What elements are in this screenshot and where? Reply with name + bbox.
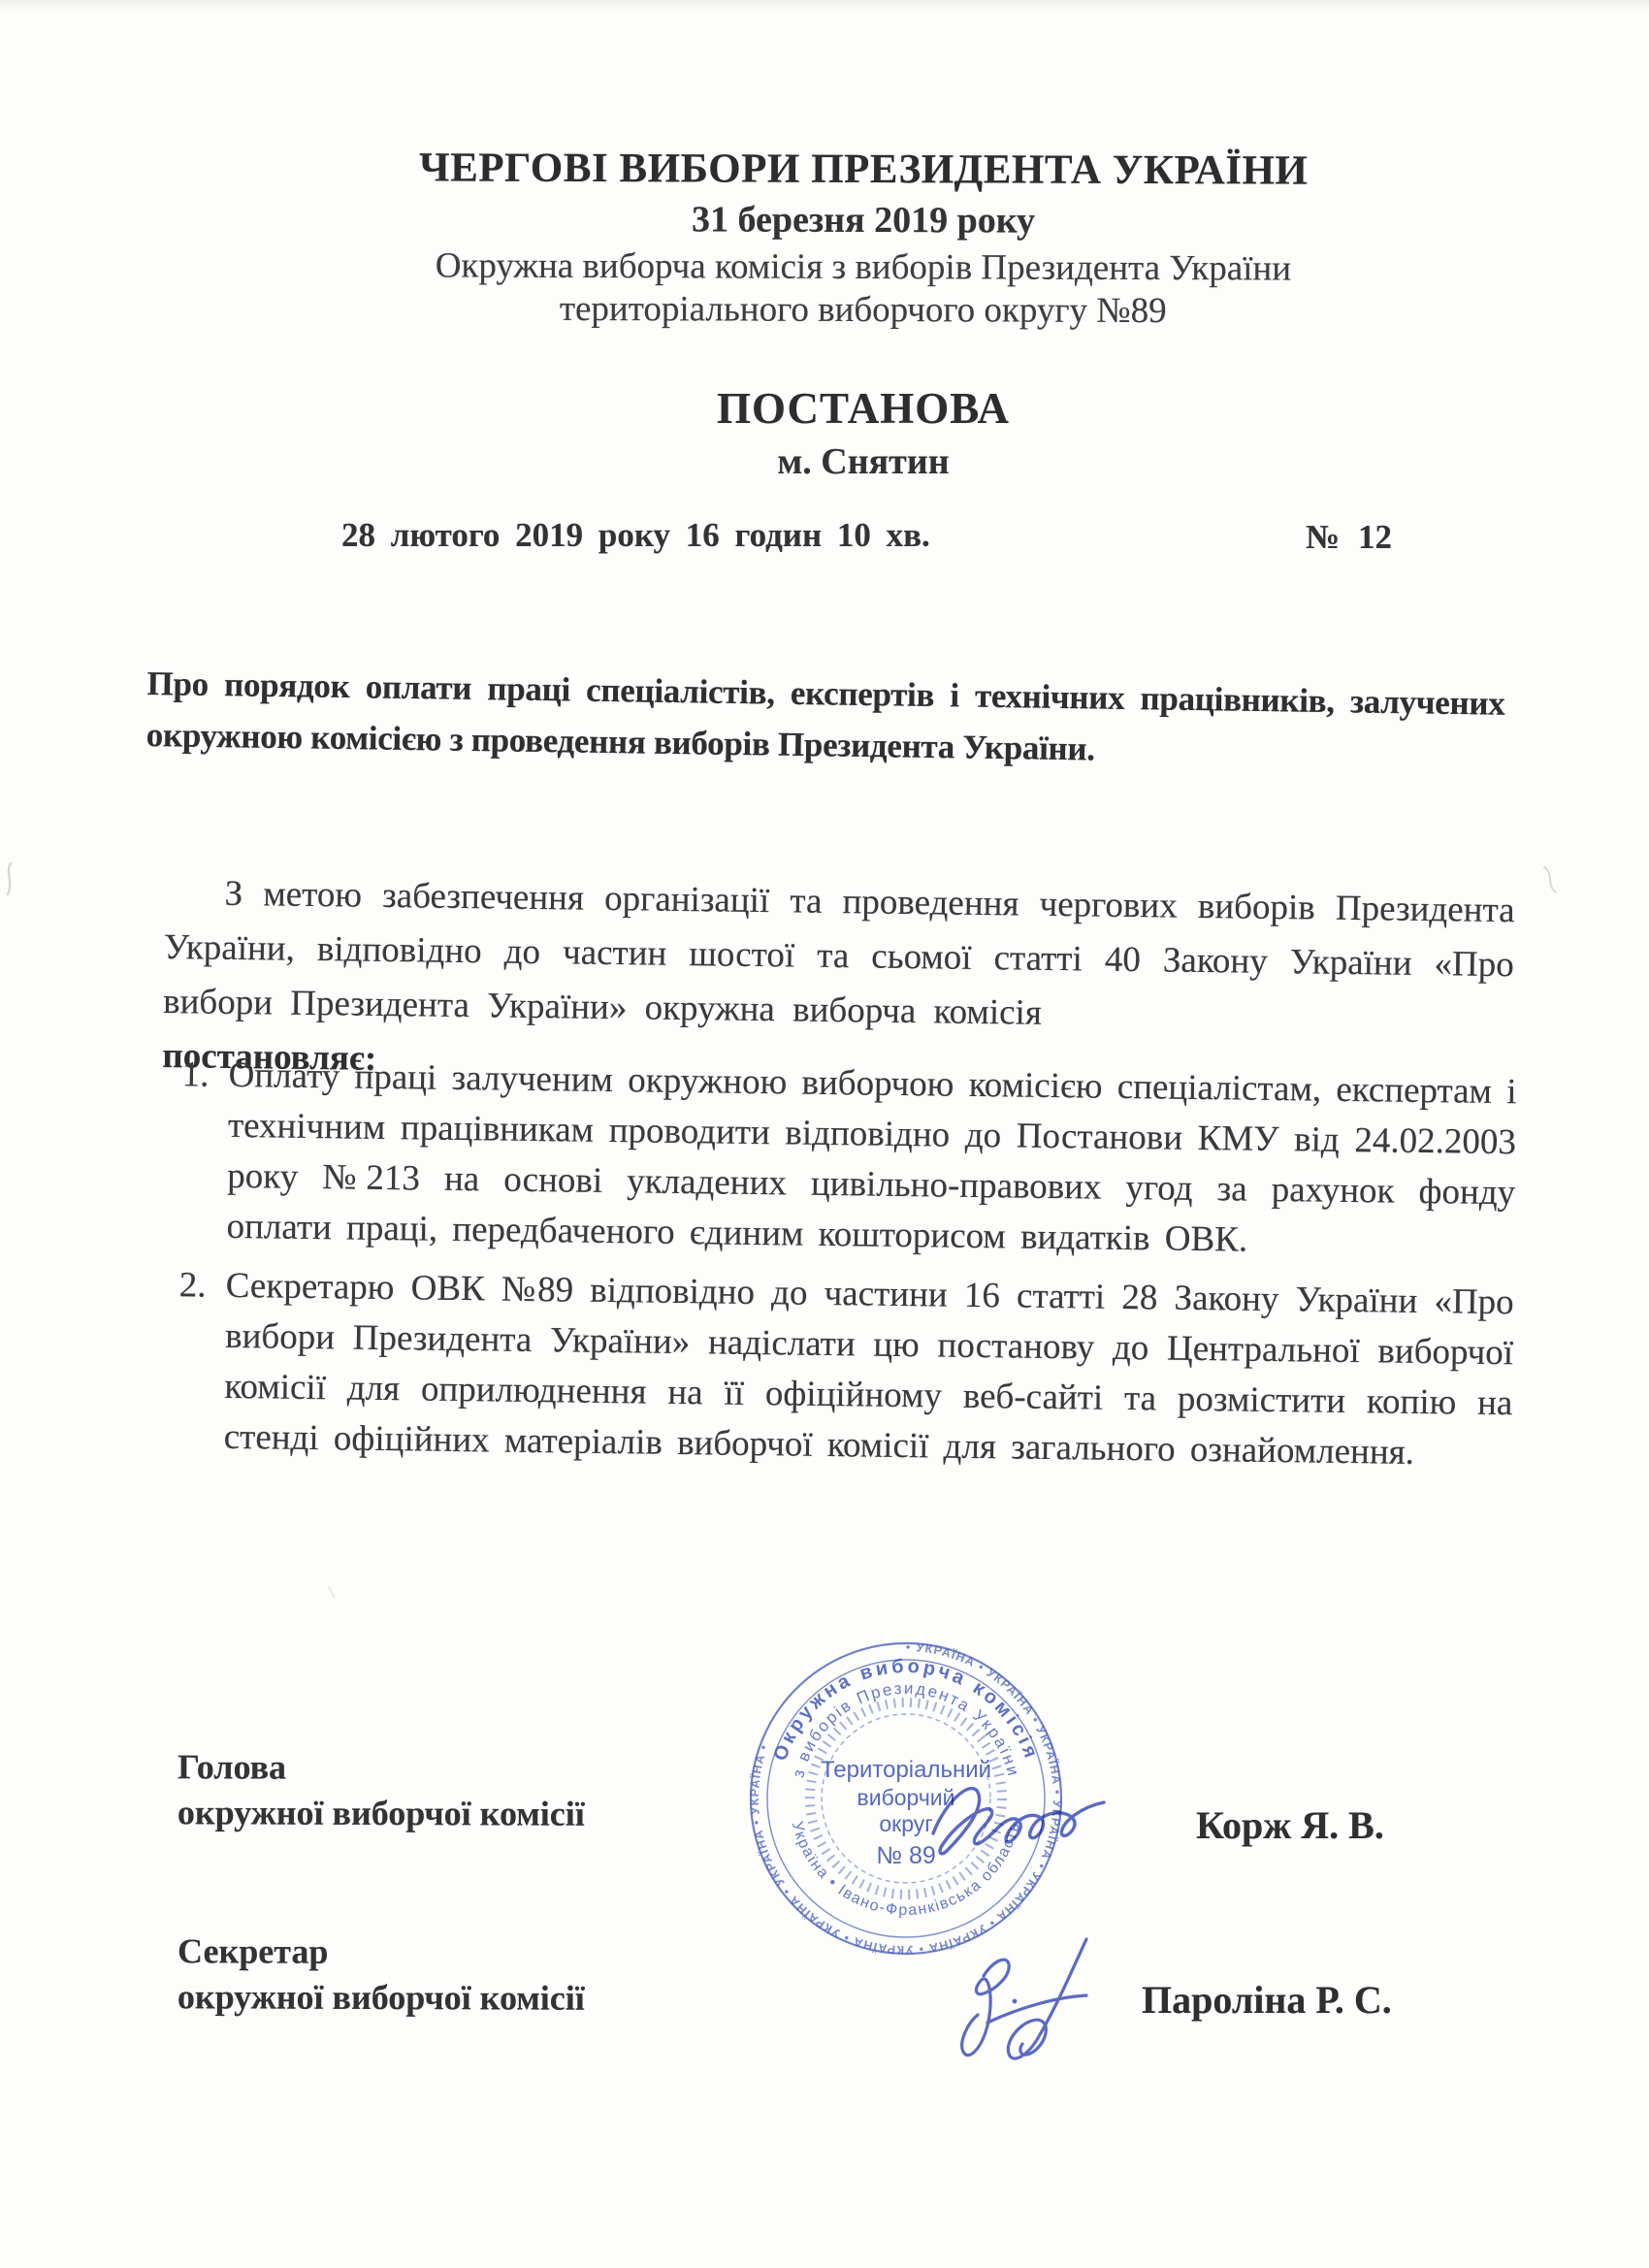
subject-heading: Про порядок оплати праці спеціалістів, е… [145, 658, 1504, 781]
document-header: ЧЕРГОВІ ВИБОРИ ПРЕЗИДЕНТА УКРАЇНИ 31 бер… [194, 144, 1534, 335]
resolution-item-2: 2. Секретарю ОВК №89 відповідно до части… [157, 1260, 1514, 1479]
role-secretary-line1: Секретар [178, 1928, 585, 1975]
scan-smudge-left-edge [2, 859, 27, 900]
item-2-number: 2. [178, 1260, 206, 1311]
doc-datetime: 28 лютого 2019 року 16 годин 10 хв. [341, 516, 930, 554]
commission-district: територіального виборчого округу №89 [194, 287, 1533, 335]
item-1-number: 1. [181, 1050, 209, 1100]
signatory-name-head: Корж Я. В. [1196, 1802, 1384, 1848]
resolution-list: 1. Оплату праці залученим окружною вибор… [157, 1050, 1517, 1488]
role-head-line1: Голова [178, 1744, 585, 1791]
role-head-line2: окружної виборчої комісії [178, 1790, 585, 1836]
doc-type-title: ПОСТАНОВА [194, 384, 1533, 433]
doc-place: м. Снятин [194, 440, 1533, 483]
election-date: 31 березня 2019 року [194, 197, 1533, 244]
scanned-document-page: ЧЕРГОВІ ВИБОРИ ПРЕЗИДЕНТА УКРАЇНИ 31 бер… [0, 0, 1649, 2268]
signatory-name-secretary: Пароліна Р. С. [1142, 1977, 1392, 2023]
intro-text: З метою забезпечення організації та пров… [163, 874, 1515, 1033]
date-and-number-line: 28 лютого 2019 року 16 годин 10 хв. № 12 [341, 516, 1392, 559]
commission-name: Окружна виборча комісія з виборів Презид… [194, 243, 1533, 292]
doc-number: № 12 [1306, 518, 1392, 557]
scan-smudge-right-edge [1538, 861, 1566, 900]
signature-ink-head [918, 1764, 1121, 1865]
signature-ink-secretary [933, 1926, 1117, 2076]
role-secretary-line2: окружної виборчої комісії [178, 1974, 585, 2021]
item-2-text: Секретарю ОВК №89 відповідно до частини … [224, 1266, 1514, 1473]
resolution-item-1: 1. Оплату праці залученим окружною вибор… [160, 1050, 1517, 1269]
signature-role-secretary: Секретар окружної виборчої комісії [178, 1928, 585, 2021]
scan-smudge-mid [324, 1583, 341, 1601]
signature-role-head: Голова окружної виборчої комісії [178, 1744, 585, 1836]
election-title: ЧЕРГОВІ ВИБОРИ ПРЕЗИДЕНТА УКРАЇНИ [194, 144, 1533, 197]
document-type-block: ПОСТАНОВА м. Снятин [194, 384, 1533, 483]
item-1-text: Оплату праці залученим окружною виборчою… [226, 1055, 1516, 1260]
